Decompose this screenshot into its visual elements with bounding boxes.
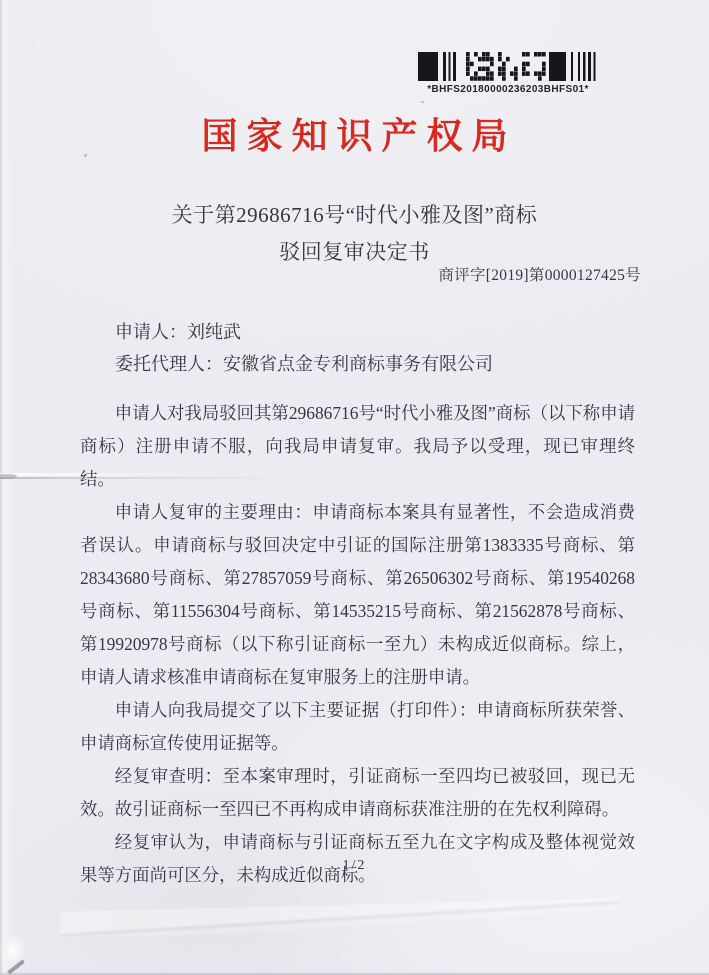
barcode-text: *BHFS20180000236203BHFS01* [417,84,599,95]
agent-label: 委托代理人： [115,354,223,374]
agency-title: 国家知识产权局 [0,108,709,159]
document-title: 关于第29686716号“时代小雅及图”商标 驳回复审决定书 [0,197,709,271]
document-title-line1: 关于第29686716号“时代小雅及图”商标 [0,197,709,234]
agent-name: 安徽省点金专利商标事务有限公司 [223,354,493,374]
body-paragraph: 经复审查明：至本案审理时，引证商标一至四均已被驳回，现已无效。故引证商标一至四已… [80,760,635,826]
applicant-line: 申请人：刘纯武 [115,316,493,348]
bottom-fold-crease [60,898,620,938]
scan-speck [421,101,424,103]
fold-crease-notch [0,474,17,479]
body-paragraph: 申请人向我局提交了以下主要证据（打印件）：申请商标所获荣誉、申请商标宣传使用证据… [80,694,635,760]
scanned-document-page: *BHFS20180000236203BHFS01* 国家知识产权局 关于第29… [0,0,709,975]
barcode-image [418,52,598,82]
body-paragraph: 申请人对我局驳回其第29686716号“时代小雅及图”商标（以下称申请商标）注册… [80,397,635,496]
parties-block: 申请人：刘纯武 委托代理人：安徽省点金专利商标事务有限公司 [115,316,493,380]
page-number: 1/2 [0,858,709,874]
reference-number: 商评字[2019]第0000127425号 [438,263,641,285]
agent-line: 委托代理人：安徽省点金专利商标事务有限公司 [115,348,493,380]
applicant-label: 申请人： [115,322,187,342]
applicant-name: 刘纯武 [187,322,241,342]
barcode: *BHFS20180000236203BHFS01* [417,52,599,95]
body-paragraph: 申请人复审的主要理由：申请商标本案具有显著性，不会造成消费者误认。申请商标与驳回… [80,496,635,694]
decision-body: 申请人对我局驳回其第29686716号“时代小雅及图”商标（以下称申请商标）注册… [80,397,635,892]
